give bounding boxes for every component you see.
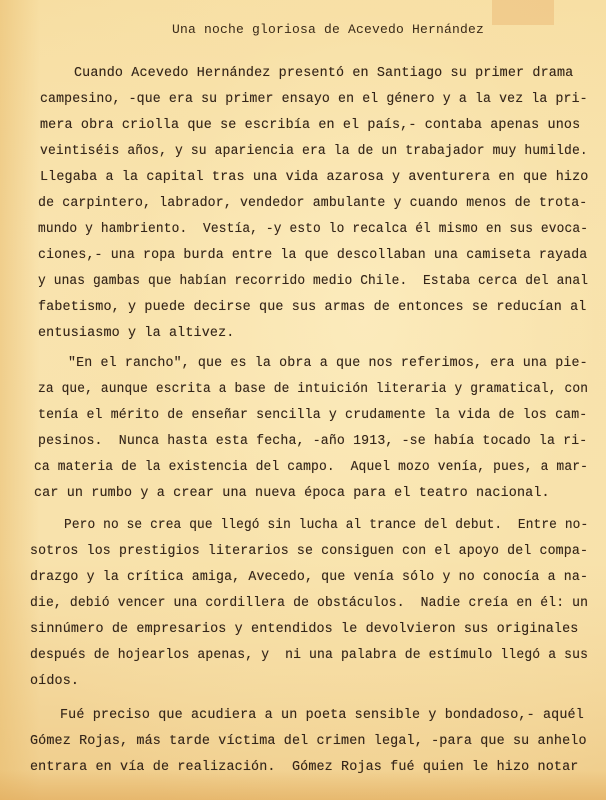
text-line: car un rumbo y a crear una nueva época p… [34, 486, 550, 501]
text-line: campesino, -que era su primer ensayo en … [40, 92, 588, 107]
text-line: "En el rancho", que es la obra a que nos… [68, 356, 588, 371]
text-line: Llegaba a la capital tras una vida azaro… [40, 170, 588, 185]
text-line: entusiasmo y la altivez. [38, 326, 234, 341]
text-line: ca materia de la existencia del campo. A… [34, 460, 588, 475]
text-line: oídos. [30, 674, 79, 689]
text-line: entrara en vía de realización. Gómez Roj… [30, 760, 578, 775]
text-line: tenía el mérito de enseñar sencilla y cr… [38, 408, 587, 423]
text-line: mera obra criolla que se escribía en el … [40, 118, 580, 133]
text-line: za que, aunque escrita a base de intuici… [38, 382, 588, 397]
text-line: Pero no se crea que llegó sin lucha al t… [64, 518, 588, 533]
text-line: Cuando Acevedo Hernández presentó en San… [74, 66, 573, 81]
text-line: después de hojearlos apenas, y ni una pa… [30, 648, 588, 663]
paper-discoloration [492, 0, 554, 25]
text-line: veintiséis años, y su apariencia era la … [40, 144, 588, 159]
text-line: drazgo y la crítica amiga, Avecedo, que … [30, 570, 588, 585]
text-line: ciones,- una ropa burda entre la que des… [38, 248, 587, 263]
text-line: sinnúmero de empresarios y entendidos le… [30, 622, 578, 637]
typewritten-page: Una noche gloriosa de Acevedo Hernández … [0, 0, 606, 800]
text-line: de carpintero, labrador, vendedor ambula… [38, 196, 587, 211]
text-line: die, debió vencer una cordillera de obst… [30, 596, 588, 611]
text-line: Fué preciso que acudiera a un poeta sens… [60, 708, 584, 723]
text-line: y unas gambas que habían recorrido medio… [38, 274, 588, 289]
document-title: Una noche gloriosa de Acevedo Hernández [172, 22, 484, 37]
text-line: mundo y hambriento. Vestía, -y esto lo r… [38, 222, 588, 237]
text-line: sotros los prestigios literarios se cons… [30, 544, 588, 559]
text-line: pesinos. Nunca hasta esta fecha, -año 19… [38, 434, 587, 449]
text-line: Gómez Rojas, más tarde víctima del crime… [30, 734, 587, 749]
text-line: fabetismo, y puede decirse que sus armas… [38, 300, 586, 315]
